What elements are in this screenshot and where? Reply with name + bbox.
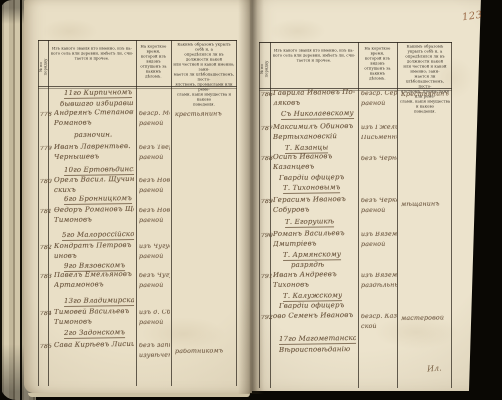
entry-text: бывшаго избиравш. <box>60 100 134 108</box>
header-line: опредѣлился ли въ должности какой <box>399 54 451 64</box>
entry-number: 784 <box>40 311 52 317</box>
column-header-name: Изъ какого званія кто именно, изъ ка-ког… <box>272 48 356 78</box>
entry-text: Осипъ Ивановъ <box>273 153 333 161</box>
entry-text: работникомъ <box>175 348 223 355</box>
table-line <box>38 40 39 386</box>
entry-text: Сава Кирѣевъ Лисицынъ <box>54 341 134 349</box>
entry-text: раеной <box>361 208 385 215</box>
header-line: отпущенъ за какимъ <box>359 66 396 76</box>
section-heading: Т. Егорушкѣ <box>285 218 334 227</box>
entry-text: скихъ <box>54 187 76 194</box>
header-line: слами, какія имущества и каково <box>399 99 451 109</box>
column-header-name: Изъ какого званія кто именно, изъ ка-ког… <box>50 46 134 76</box>
entry-text: Гвардіи офицеръ <box>279 302 344 310</box>
table-line <box>171 40 172 386</box>
entry-number: 778 <box>40 112 52 118</box>
entry-text: изъ Вяземской <box>361 231 397 238</box>
entry-number: 781 <box>40 209 52 215</box>
book-photo: № по порядку Изъ какого званія кто именн… <box>0 0 502 400</box>
header-line: дѣломъ. <box>359 76 396 81</box>
entry-text: Артамоновъ <box>54 281 104 289</box>
header-line: которой изъ видовъ <box>137 54 170 64</box>
section-heading: Т. Калужскому <box>283 292 342 301</box>
entry-text: изувѣчен. <box>139 353 170 360</box>
entry-text: Орелъ Васил. Щучинъ <box>54 176 134 184</box>
column-header-notes: Какимъ образомъ укрылъ себѣ и, аопредѣли… <box>399 44 451 184</box>
entry-text: безср. Серед. <box>361 90 397 97</box>
entry-text: раеной <box>139 283 163 290</box>
entry-text: Герасимъ Ивановъ <box>273 196 346 204</box>
section-heading: Т. Армянскому <box>283 251 341 260</box>
section-heading: 11го Кирпичномъ <box>64 89 132 98</box>
column-header-term: На короткое время,которой изъ видовъотпу… <box>137 44 170 114</box>
header-line: которой изъ видовъ <box>359 56 396 66</box>
entry-text: Тимоновъ <box>54 216 92 224</box>
entry-text: раеной <box>139 218 163 225</box>
entry-text: ской <box>361 324 377 331</box>
entry-text: безъ Новгор. <box>139 208 170 215</box>
entry-number: 786 <box>261 92 273 98</box>
entry-text: Дмитріевъ <box>273 240 317 248</box>
entry-text: Гвардіи офицеръ <box>279 174 344 182</box>
section-heading: Т. Тихоновымъ <box>283 184 341 193</box>
entry-text: безъ Твер. <box>139 145 170 152</box>
clerk-mark: Ил. <box>427 364 442 374</box>
header-line: мается ли хлѣбопашествомъ, посто- <box>399 74 451 89</box>
entry-text: безср. Казан- <box>361 313 397 320</box>
table-line <box>397 42 398 388</box>
entry-number: 785 <box>40 344 52 350</box>
header-line: тается и прочее. <box>50 56 134 61</box>
entry-text: изъ Гжели <box>361 124 397 131</box>
entry-text: изъ Чугуева <box>139 244 170 251</box>
entry-number: 780 <box>40 179 52 185</box>
entry-text: раеной <box>139 320 163 327</box>
entry-number: 791 <box>261 274 273 280</box>
entry-text: раеной <box>361 101 385 108</box>
entry-text: раздѣльный <box>361 282 397 289</box>
entry-number: 779 <box>40 146 52 152</box>
entry-text: раеной <box>361 242 385 249</box>
header-line: ялствомъ, промыслами или реме- <box>173 82 235 92</box>
table-line <box>259 42 260 388</box>
header-line: опредѣлился ли въ должности какой <box>173 52 235 62</box>
header-line: или честной и какой именно; зани- <box>399 64 451 74</box>
header-line: На короткое время, <box>359 46 396 56</box>
section-heading: 13го Владимирская <box>64 297 134 306</box>
entry-number: 789 <box>261 199 273 205</box>
entry-text: изъ д. Сборной <box>139 310 170 317</box>
entry-text: Романовъ <box>54 119 92 127</box>
entry-text: раеной <box>139 121 163 128</box>
section-heading: 9го Вязовскомъ <box>64 262 125 271</box>
header-line: Какимъ образомъ укрылъ себѣ и, а <box>399 44 451 54</box>
table-line <box>451 42 452 388</box>
entry-text: безъ Чернаго <box>361 155 397 162</box>
header-line: дѣломъ. <box>137 74 170 79</box>
header-line: Какимъ образомъ укрылъ себѣ и, а <box>173 42 235 52</box>
entry-text: Тимоновъ <box>54 318 92 326</box>
entry-text: разрядѣ <box>291 262 324 269</box>
column-header-notes: Какимъ образомъ укрылъ себѣ и, аопредѣли… <box>173 42 235 172</box>
header-line: На короткое время, <box>137 44 170 54</box>
entry-text: Павелъ Емельяновъ <box>54 271 132 279</box>
entry-text: Максимилъ Обиновъ <box>273 123 353 131</box>
section-heading: Съ Николаевскому <box>281 110 354 120</box>
entry-number: 782 <box>40 245 52 251</box>
section-heading: 6го Бронницкомъ <box>64 195 132 204</box>
header-line: слами, какія имущества и каково <box>173 92 235 102</box>
entry-text: безср. Моск. <box>139 111 170 118</box>
entry-text: Тимоѳей Васильевъ <box>54 308 129 316</box>
section-heading: 5го Малороссійскомъ <box>62 231 134 241</box>
entry-text: Романъ Васильевъ <box>273 230 345 238</box>
entry-text: иновъ <box>54 253 77 260</box>
section-heading: 10го Ертовѣдинскъ <box>64 166 134 175</box>
entry-text: Крестьянинъ <box>401 91 449 98</box>
column-header-number: № по порядку <box>260 56 269 81</box>
entry-text: мѣщанинъ <box>401 201 440 208</box>
column-header-number: № по порядку <box>39 54 48 79</box>
entry-text: Казанцевъ <box>273 163 314 171</box>
table-line <box>236 40 237 386</box>
entry-text: Вертыхановскій <box>273 133 337 141</box>
header-line: или честной и какой именно; зани- <box>173 62 235 72</box>
header-line: отпущенъ за какимъ <box>137 64 170 74</box>
entry-number: 787 <box>261 126 273 132</box>
entry-text: Письменный <box>361 134 397 141</box>
entry-number: 792 <box>261 315 273 321</box>
section-heading: Т. Казанцы <box>285 144 329 153</box>
entry-text: раеной <box>139 254 163 261</box>
section-heading: 17го Магометанскому <box>279 335 356 345</box>
entry-text: мастеровой <box>401 315 444 322</box>
entry-text: Андреянъ Степановъ <box>54 109 134 117</box>
header-line: тается и прочее. <box>272 58 356 63</box>
entry-text: изъ Вяземск. <box>361 272 397 279</box>
entry-text: раеной <box>139 188 163 195</box>
entry-text: раеной <box>139 155 163 162</box>
under-page-edge <box>28 393 250 397</box>
entry-text: Тихоновъ <box>273 281 309 289</box>
entry-text: Вѣроисповѣданію <box>279 346 350 354</box>
entry-number: 790 <box>261 233 273 239</box>
entry-text: Гаврила Ивановъ По- <box>273 89 355 97</box>
entry-text: безъ Черкас. <box>361 197 397 204</box>
entry-text: безъ Новгор. <box>139 178 170 185</box>
entry-text: разночин. <box>74 131 112 139</box>
header-line: поведенія. <box>173 102 235 107</box>
entry-text: Иванъ Андреевъ <box>273 271 337 279</box>
entry-number: 783 <box>40 274 52 280</box>
entry-text: ово Семенъ Ивановъ <box>273 312 353 320</box>
entry-text: безъ Чугуев. <box>139 273 170 280</box>
entry-text: ляковъ <box>273 100 300 107</box>
header-line: мается ли хлѣбопашествомъ, посто- <box>173 72 235 82</box>
entry-text: Иванъ Лаврентьев. <box>54 143 131 151</box>
section-heading: 2го Задонскомъ <box>64 329 125 338</box>
entry-text: Собуровъ <box>273 206 310 214</box>
entry-text: крестьянинъ <box>175 111 222 118</box>
entry-text: безъ записки <box>139 343 170 350</box>
entry-text: Чернышевъ <box>54 153 99 161</box>
entry-number: 788 <box>261 156 273 162</box>
header-line: поведенія. <box>399 109 451 114</box>
entry-text: Ѳедоръ Романовъ Ще- <box>54 206 134 214</box>
entry-text: Кондратъ Петровъ <box>54 242 132 250</box>
